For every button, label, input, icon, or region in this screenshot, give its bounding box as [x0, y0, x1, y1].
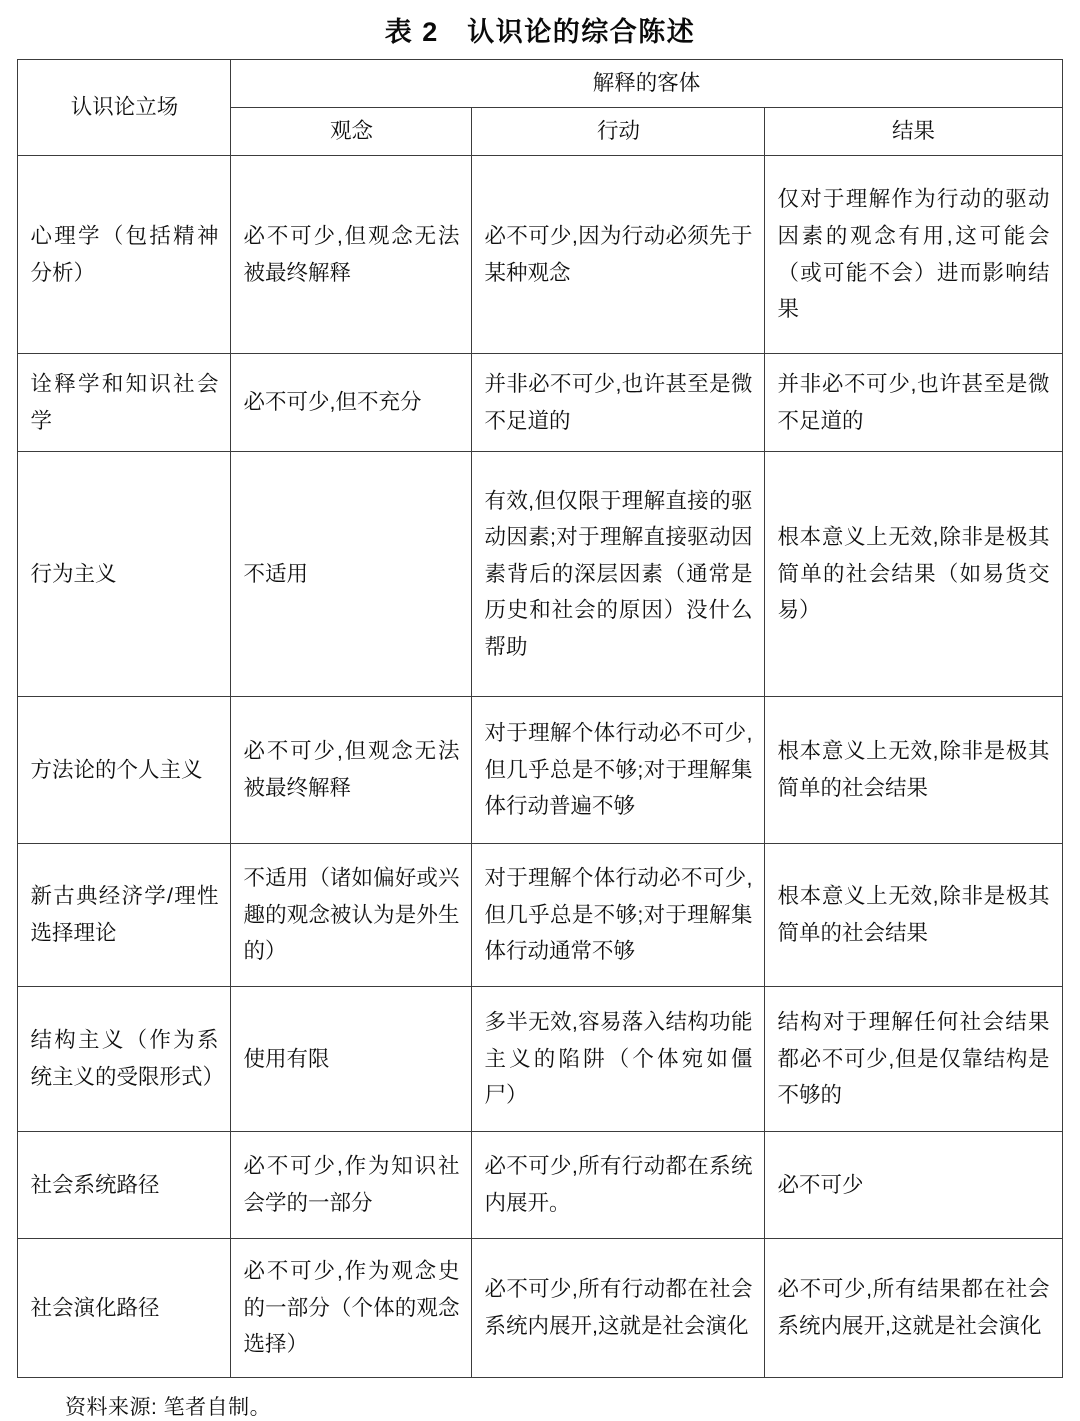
table-title: 表 2 认识论的综合陈述	[0, 10, 1080, 49]
action-cell: 必不可少,所有行动都在社会系统内展开,这就是社会演化	[472, 1239, 765, 1378]
group-header-cell: 解释的客体	[231, 60, 1062, 108]
idea-cell: 必不可少,作为观念史的一部分（个体的观念选择）	[231, 1239, 472, 1378]
table-header: 认识论立场 解释的客体 观念 行动 结果	[18, 60, 1062, 156]
position-cell: 诠释学和知识社会学	[18, 354, 231, 452]
table-row: 行为主义 不适用 有效,但仅限于理解直接的驱动因素;对于理解直接驱动因素背后的深…	[18, 452, 1062, 697]
table-row: 社会系统路径 必不可少,作为知识社会学的一部分 必不可少,所有行动都在系统内展开…	[18, 1132, 1062, 1239]
action-cell: 对于理解个体行动必不可少,但几乎总是不够;对于理解集体行动普遍不够	[472, 697, 765, 844]
table-row: 心理学（包括精神分析） 必不可少,但观念无法被最终解释 必不可少,因为行动必须先…	[18, 156, 1062, 354]
action-cell: 必不可少,所有行动都在系统内展开。	[472, 1132, 765, 1239]
idea-cell: 必不可少,但观念无法被最终解释	[231, 156, 472, 354]
position-cell: 社会演化路径	[18, 1239, 231, 1378]
idea-cell: 不适用（诸如偏好或兴趣的观念被认为是外生的）	[231, 844, 472, 987]
result-cell: 根本意义上无效,除非是极其简单的社会结果（如易货交易）	[765, 452, 1062, 697]
paper-page: 表 2 认识论的综合陈述 认识论立场 解释的客体 观念 行动 结果 心理学（包括…	[0, 0, 1080, 1408]
position-cell: 行为主义	[18, 452, 231, 697]
result-cell: 结构对于理解任何社会结果都必不可少,但是仅靠结构是不够的	[765, 987, 1062, 1132]
idea-cell: 必不可少,但不充分	[231, 354, 472, 452]
column-header-idea: 观念	[231, 108, 472, 156]
action-cell: 并非必不可少,也许甚至是微不足道的	[472, 354, 765, 452]
table-row: 诠释学和知识社会学 必不可少,但不充分 并非必不可少,也许甚至是微不足道的 并非…	[18, 354, 1062, 452]
result-cell: 根本意义上无效,除非是极其简单的社会结果	[765, 697, 1062, 844]
table-row: 结构主义（作为系统主义的受限形式） 使用有限 多半无效,容易落入结构功能主义的陷…	[18, 987, 1062, 1132]
table-row: 方法论的个人主义 必不可少,但观念无法被最终解释 对于理解个体行动必不可少,但几…	[18, 697, 1062, 844]
table-row: 社会演化路径 必不可少,作为观念史的一部分（个体的观念选择） 必不可少,所有行动…	[18, 1239, 1062, 1378]
idea-cell: 必不可少,但观念无法被最终解释	[231, 697, 472, 844]
position-cell: 社会系统路径	[18, 1132, 231, 1239]
action-cell: 对于理解个体行动必不可少,但几乎总是不够;对于理解集体行动通常不够	[472, 844, 765, 987]
action-cell: 有效,但仅限于理解直接的驱动因素;对于理解直接驱动因素背后的深层因素（通常是历史…	[472, 452, 765, 697]
epistemology-table: 认识论立场 解释的客体 观念 行动 结果 心理学（包括精神分析） 必不可少,但观…	[17, 59, 1062, 1378]
table-row: 新古典经济学/理性选择理论 不适用（诸如偏好或兴趣的观念被认为是外生的） 对于理…	[18, 844, 1062, 987]
action-cell: 多半无效,容易落入结构功能主义的陷阱（个体宛如僵尸）	[472, 987, 765, 1132]
position-cell: 方法论的个人主义	[18, 697, 231, 844]
header-row-group: 认识论立场 解释的客体	[18, 60, 1062, 108]
action-cell: 必不可少,因为行动必须先于某种观念	[472, 156, 765, 354]
result-cell: 必不可少	[765, 1132, 1062, 1239]
column-header-result: 结果	[765, 108, 1062, 156]
corner-header-cell: 认识论立场	[18, 60, 231, 156]
result-cell: 仅对于理解作为行动的驱动因素的观念有用,这可能会（或可能不会）进而影响结果	[765, 156, 1062, 354]
idea-cell: 必不可少,作为知识社会学的一部分	[231, 1132, 472, 1239]
idea-cell: 使用有限	[231, 987, 472, 1132]
source-note: 资料来源: 笔者自制。	[65, 1391, 1080, 1421]
table-body: 心理学（包括精神分析） 必不可少,但观念无法被最终解释 必不可少,因为行动必须先…	[18, 156, 1062, 1378]
result-cell: 并非必不可少,也许甚至是微不足道的	[765, 354, 1062, 452]
position-cell: 心理学（包括精神分析）	[18, 156, 231, 354]
column-header-action: 行动	[472, 108, 765, 156]
result-cell: 必不可少,所有结果都在社会系统内展开,这就是社会演化	[765, 1239, 1062, 1378]
position-cell: 结构主义（作为系统主义的受限形式）	[18, 987, 231, 1132]
position-cell: 新古典经济学/理性选择理论	[18, 844, 231, 987]
result-cell: 根本意义上无效,除非是极其简单的社会结果	[765, 844, 1062, 987]
idea-cell: 不适用	[231, 452, 472, 697]
